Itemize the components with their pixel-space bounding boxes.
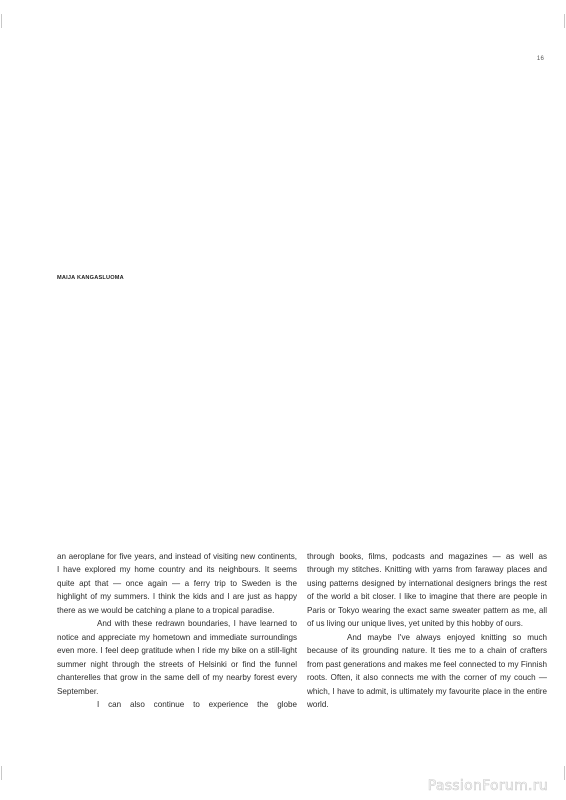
paragraph: through books, films, podcasts and magaz… [307,550,547,631]
author-name: MAIJA KANGASLUOMA [57,275,124,281]
crop-mark-top-left [1,14,2,28]
paragraph: I can also continue to experience the gl… [57,698,297,711]
watermark: PassionForum.ru [428,778,548,794]
paragraph: And with these redrawn boundaries, I hav… [57,617,297,698]
crop-mark-top-right [564,14,565,28]
paragraph: an aeroplane for five years, and instead… [57,550,297,617]
right-column: through books, films, podcasts and magaz… [307,550,547,711]
crop-mark-bottom-right [564,766,565,780]
paragraph: And maybe I've always enjoyed knitting s… [307,631,547,712]
article-body: an aeroplane for five years, and instead… [57,550,547,711]
crop-mark-bottom-left [1,766,2,780]
left-column: an aeroplane for five years, and instead… [57,550,297,711]
page-number: 16 [537,56,544,62]
